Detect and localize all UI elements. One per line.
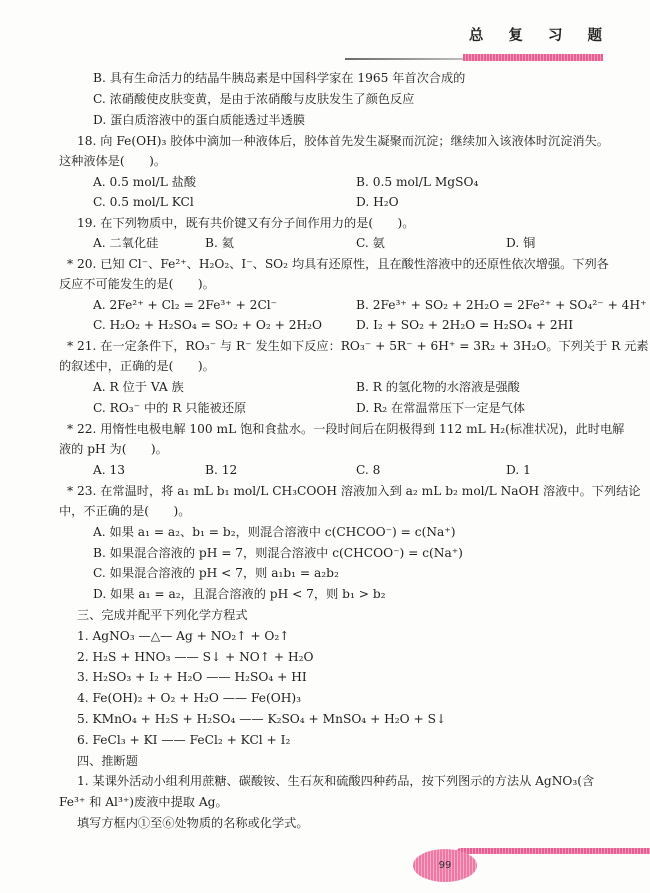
q17-option-b: B. 具有生命活力的结晶牛胰岛素是中国科学家在 1965 年首次合成的	[93, 68, 465, 88]
q21-option-b: B. R 的氢化物的水溶液是强酸	[356, 377, 520, 397]
q23-option-d: D. 如果 a₁ = a₂，且混合溶液的 pH < 7，则 b₁ > b₂	[93, 584, 386, 604]
header-accent-stripe	[463, 54, 603, 61]
equation-6: 6. FeCl₃ + KI —— FeCl₂ + KCl + I₂	[77, 730, 290, 750]
q20-option-d: D. I₂ + SO₂ + 2H₂O = H₂SO₄ + 2HI	[356, 315, 573, 335]
q22-stem: * 22. 用惰性电极电解 100 mL 饱和食盐水。一段时间后在阴极得到 11…	[67, 419, 624, 439]
q21-options-row1: A. R 位于 VA 族 B. R 的氢化物的水溶液是强酸	[93, 377, 643, 397]
q20-stem-cont: 反应不可能发生的是( )。	[59, 274, 215, 294]
q22-option-a: A. 13	[93, 463, 125, 477]
q21-option-c: C. RO₃⁻ 中的 R 只能被还原	[93, 401, 246, 415]
q19-options: A. 二氧化硅 B. 氦 C. 氨 D. 铜	[93, 233, 643, 253]
section-header-title: 总 复 习 题	[469, 24, 612, 45]
q20-options-row1: A. 2Fe²⁺ + Cl₂ = 2Fe³⁺ + 2Cl⁻ B. 2Fe³⁺ +…	[93, 295, 643, 315]
q21-options-row2: C. RO₃⁻ 中的 R 只能被还原 D. R₂ 在常温常压下一定是气体	[93, 398, 643, 418]
q23-option-c: C. 如果混合溶液的 pH < 7，则 a₁b₁ = a₂b₂	[93, 563, 339, 583]
q23-option-a: A. 如果 a₁ = a₂、b₁ = b₂，则混合溶液中 c(CHCOO⁻) =…	[93, 522, 455, 542]
q18-stem-cont: 这种液体是( )。	[59, 151, 166, 171]
q18-option-c: C. 0.5 mol/L KCl	[93, 195, 194, 209]
q17-option-d: D. 蛋白质溶液中的蛋白质能透过半透膜	[93, 110, 305, 130]
header-rule	[345, 58, 463, 60]
q18-option-d: D. H₂O	[356, 192, 399, 212]
equation-3: 3. H₂SO₃ + I₂ + H₂O —— H₂SO₄ + HI	[77, 667, 307, 687]
section4-q1-line2: Fe³⁺ 和 Al³⁺)废液中提取 Ag。	[59, 792, 228, 812]
q21-stem: * 21. 在一定条件下，RO₃⁻ 与 R⁻ 发生如下反应：RO₃⁻ + 5R⁻…	[67, 336, 649, 356]
q17-option-c: C. 浓硝酸使皮肤变黄，是由于浓硝酸与皮肤发生了颜色反应	[93, 89, 414, 109]
q19-stem: 19. 在下列物质中，既有共价键又有分子间作用力的是( )。	[77, 213, 414, 233]
q23-option-b: B. 如果混合溶液的 pH = 7，则混合溶液中 c(CHCOO⁻) = c(N…	[93, 543, 463, 563]
q18-options-row2: C. 0.5 mol/L KCl D. H₂O	[93, 192, 643, 212]
q20-option-c: C. H₂O₂ + H₂SO₄ = SO₂ + O₂ + 2H₂O	[93, 318, 322, 332]
q19-option-b: B. 氦	[205, 233, 234, 253]
page-number: 99	[439, 860, 452, 871]
q22-stem-cont: 液的 pH 为( )。	[59, 439, 168, 459]
q19-option-d: D. 铜	[506, 233, 535, 253]
page-number-badge: 99	[413, 849, 477, 882]
q22-option-c: C. 8	[356, 460, 380, 480]
section4-title: 四、推断题	[77, 751, 138, 771]
q18-options-row1: A. 0.5 mol/L 盐酸 B. 0.5 mol/L MgSO₄	[93, 172, 643, 192]
q22-option-d: D. 1	[506, 460, 531, 480]
section3-title: 三、完成并配平下列化学方程式	[77, 605, 248, 625]
section4-q1-line3: 填写方框内①至⑥处物质的名称或化学式。	[77, 813, 309, 833]
footer-accent-stripe	[455, 848, 650, 854]
equation-4: 4. Fe(OH)₂ + O₂ + H₂O —— Fe(OH)₃	[77, 688, 301, 708]
section4-q1-line1: 1. 某课外活动小组利用蔗糖、碳酸铵、生石灰和硫酸四种药品，按下列图示的方法从 …	[77, 771, 594, 791]
q20-options-row2: C. H₂O₂ + H₂SO₄ = SO₂ + O₂ + 2H₂O D. I₂ …	[93, 315, 643, 335]
q18-option-b: B. 0.5 mol/L MgSO₄	[356, 172, 478, 192]
q18-stem: 18. 向 Fe(OH)₃ 胶体中滴加一种液体后，胶体首先发生凝聚而沉淀；继续加…	[77, 131, 609, 151]
q19-option-c: C. 氨	[356, 233, 385, 253]
q20-option-a: A. 2Fe²⁺ + Cl₂ = 2Fe³⁺ + 2Cl⁻	[93, 298, 277, 312]
equation-2: 2. H₂S + HNO₃ —— S↓ + NO↑ + H₂O	[77, 647, 313, 667]
q21-option-a: A. R 位于 VA 族	[93, 380, 184, 394]
q20-stem: * 20. 已知 Cl⁻、Fe²⁺、H₂O₂、I⁻、SO₂ 均具有还原性，且在酸…	[67, 254, 609, 274]
q22-options: A. 13 B. 12 C. 8 D. 1	[93, 460, 643, 480]
q20-option-b: B. 2Fe³⁺ + SO₂ + 2H₂O = 2Fe²⁺ + SO₄²⁻ + …	[356, 295, 647, 315]
equation-1: 1. AgNO₃ —△— Ag + NO₂↑ + O₂↑	[77, 626, 290, 646]
q22-option-b: B. 12	[205, 460, 237, 480]
q23-stem-cont: 中，不正确的是( )。	[59, 501, 190, 521]
q21-option-d: D. R₂ 在常温常压下一定是气体	[356, 398, 525, 418]
q18-option-a: A. 0.5 mol/L 盐酸	[93, 175, 196, 189]
q21-stem-cont: 的叙述中，正确的是( )。	[59, 356, 215, 376]
q19-option-a: A. 二氧化硅	[93, 236, 158, 250]
equation-5: 5. KMnO₄ + H₂S + H₂SO₄ —— K₂SO₄ + MnSO₄ …	[77, 709, 446, 729]
q23-stem: * 23. 在常温时，将 a₁ mL b₁ mol/L CH₃COOH 溶液加入…	[67, 481, 641, 501]
